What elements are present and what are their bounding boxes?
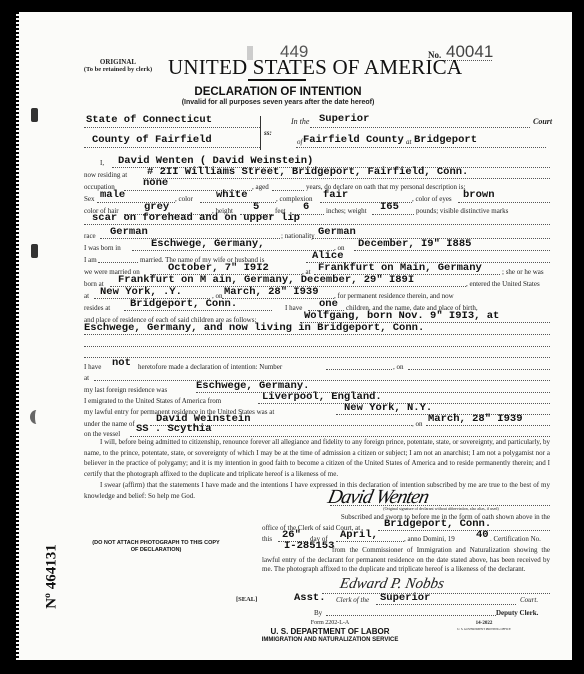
service: IMMIGRATION AND NATURALIZATION SERVICE [180,637,480,643]
have-label: I have [285,304,302,312]
signature-caption: (Original signature of declarant without… [332,506,550,511]
of-label: of [297,138,302,146]
nationality-label: ; nationality [281,232,315,240]
print-code: 14-2022 [444,621,524,626]
prev-have-label: I have [84,363,101,371]
prev-at-label: at [84,374,89,382]
spouse-name: Alice [312,250,344,262]
prev-declaration-text: heretofore made a declaration of intenti… [138,363,282,371]
year: 40 [476,529,489,541]
clerk-of-label: Clerk of the [336,596,369,604]
color-label: , color [175,195,193,203]
binder-hole-icon [31,108,38,122]
birthdate: December, I9" I885 [358,238,471,250]
resides-label: resides at [84,304,110,312]
original-label: ORIGINAL [78,58,158,66]
entry-date: March, 28" I939 [428,413,523,425]
height-inches: 6 [303,201,309,213]
by-label: By [314,609,322,617]
anno-label: , anno Domini, 19 [404,535,455,543]
clerk-title: Asst. [294,592,326,604]
eyes: brown [463,189,495,201]
binder-hole-icon [30,410,43,424]
cert-text: from the Commissioner of Immigration and… [262,546,550,575]
court-county: Fairfield County [303,134,404,146]
weight-suffix: pounds; visible distinctive marks [416,207,508,215]
entry-place: New York, N.Y. [344,402,432,414]
birthplace: Eschwege, Germany, [151,238,264,250]
distinctive-marks: scar on forehead and on upper lip [92,212,300,224]
vessel: SS . Scythia [136,423,212,435]
prev-not: not [112,357,131,369]
emigrated-label: I emigrated to the United States of Amer… [84,397,221,405]
form-subtitle: DECLARATION OF INTENTION [150,86,406,98]
children-line-2: Eschwege, Germany, and now living in Bri… [84,322,424,334]
entry-on-label: , on [412,420,423,428]
aged-label: , aged [252,183,269,191]
marriage-date: October, 7" I9I2 [168,262,269,274]
oath-paragraph-1: I will, before being admitted to citizen… [84,437,550,479]
oath-paragraph-2: I swear (affirm) that the statements I h… [84,480,550,501]
side-serial-number: Nº 464131 [44,517,61,637]
weight: I65 [380,201,399,213]
form-number: Form 2202-L-A [280,620,380,626]
residing-label: now residing at [84,171,127,179]
in-the-label: In the [291,117,309,126]
occupation: none [143,177,168,189]
marriage-place: Frankfurt on Main, Germany [318,262,482,274]
month: April, [340,529,378,541]
deputy-label: Deputy Clerk. [496,609,538,617]
children-line-1: Wolfgang, born Nov. 9" I9I3, at [304,310,499,322]
race: German [110,226,148,238]
at-label: at [406,138,411,146]
color: white [216,189,248,201]
perforated-edge [16,12,19,660]
address: # 2II Williams Street, Bridgeport, Fairf… [147,166,468,178]
printer: U. S. GOVERNMENT PRINTING OFFICE [444,627,524,631]
eyes-label: , color of eyes [412,195,452,203]
photo-note: (DO NOT ATTACH PHOTOGRAPH TO THIS COPY O… [88,540,224,554]
spouse-entry-place: New York, .Y. [100,286,182,298]
spouse-birth: Frankfurt on M ain, Germany, December, 2… [118,274,414,286]
title-rule [248,79,306,81]
binder-hole-icon [31,244,38,258]
clerk-court-label: Court. [520,596,538,604]
complexion: fair [323,189,348,201]
venue-county: County of Fairfield [92,134,212,146]
page-title: UNITED STATES OF AMERICA [168,55,462,80]
validity-note: (Invalid for all purposes seven years af… [130,99,426,106]
under-name-label: under the name of [84,420,135,428]
clerk-signature: Edward P. Nobbs [339,576,446,593]
sex-label: Sex [84,195,95,203]
prev-on-label: , on [393,363,404,371]
cert-label: . Certification No. [490,535,541,543]
inches-label: inches; weight [326,207,367,215]
court-city: Bridgeport [414,134,477,146]
ss-label: ss: [264,129,272,137]
venue-state: State of Connecticut [86,114,212,126]
seal-label: [SEAL] [236,596,257,603]
original-note: (To be retained by clerk) [78,66,158,73]
this-label: this [262,535,272,543]
last-residence-label: my last foreign residence was [84,386,167,394]
entered-at-label: at [84,292,89,300]
court-name: Superior [319,113,369,125]
race-label: race [84,232,96,240]
clerk-court: Superior [380,592,430,604]
i-label: I, [100,159,104,167]
born-label: I was born in [84,244,121,252]
spouse-residence: Bridgeport, Conn. [130,298,237,310]
court-label: Court [533,117,552,126]
entered-us-label: , entered the United States [466,280,540,288]
children-count: one [319,298,338,310]
department: U. S. DEPARTMENT OF LABOR [210,627,450,636]
sex: male [100,189,125,201]
perm-res-label: , for permanent residence therein, and n… [334,292,454,300]
nationality: German [318,226,356,238]
spouse-entry-date: March, 28" I939 [224,286,319,298]
am-label: I am [84,256,97,264]
spouse-born-suffix: ; she or he was [502,268,544,276]
